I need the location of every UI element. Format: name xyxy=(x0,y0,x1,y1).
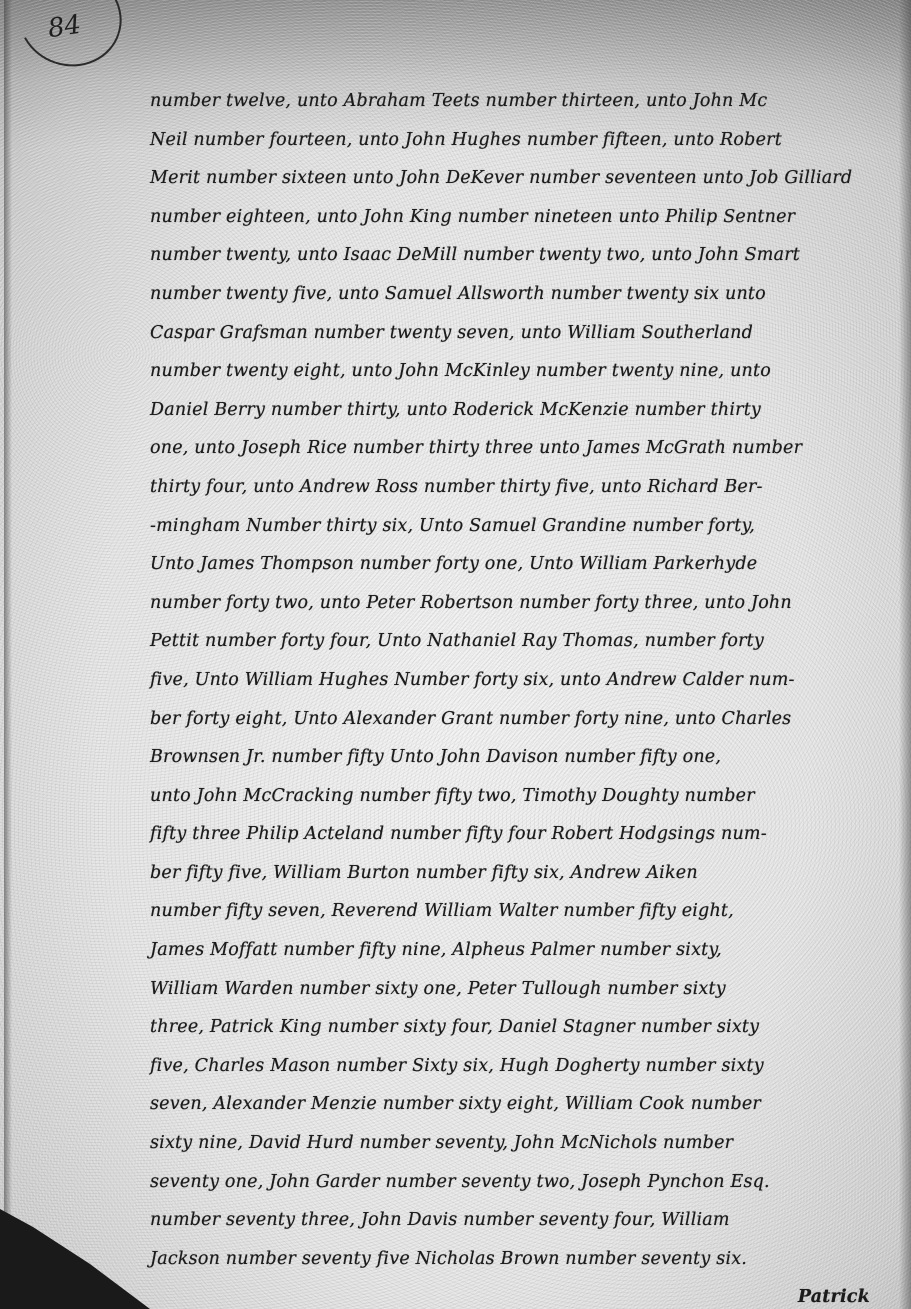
text-line: William Warden number sixty one, Peter T… xyxy=(150,970,890,1009)
text-line: three, Patrick King number sixty four, D… xyxy=(150,1008,890,1047)
text-line: number forty two, unto Peter Robertson n… xyxy=(150,584,890,623)
text-line: seventy one, John Garder number seventy … xyxy=(150,1163,890,1202)
text-line: Merit number sixteen unto John DeKever n… xyxy=(150,159,890,198)
text-line: ber fifty five, William Burton number fi… xyxy=(150,854,890,893)
bottom-left-corner-shadow xyxy=(0,1209,150,1309)
right-page-edge xyxy=(899,0,911,1309)
manuscript-text: number twelve, unto Abraham Teets number… xyxy=(150,82,890,1309)
text-line: fifty three Philip Acteland number fifty… xyxy=(150,815,890,854)
text-line: Caspar Grafsman number twenty seven, unt… xyxy=(150,314,890,353)
text-line: one, unto Joseph Rice number thirty thre… xyxy=(150,429,890,468)
text-line: five, Unto William Hughes Number forty s… xyxy=(150,661,890,700)
text-line: Unto James Thompson number forty one, Un… xyxy=(150,545,890,584)
text-line: seven, Alexander Menzie number sixty eig… xyxy=(150,1085,890,1124)
text-line: number fifty seven, Reverend William Wal… xyxy=(150,892,890,931)
text-line: number twelve, unto Abraham Teets number… xyxy=(150,82,890,121)
text-line: number twenty five, unto Samuel Allswort… xyxy=(150,275,890,314)
text-line: Pettit number forty four, Unto Nathaniel… xyxy=(150,622,890,661)
text-line: James Moffatt number fifty nine, Alpheus… xyxy=(150,931,890,970)
text-line: -mingham Number thirty six, Unto Samuel … xyxy=(150,507,890,546)
manuscript-page: 84 number twelve, unto Abraham Teets num… xyxy=(0,0,911,1309)
left-page-edge xyxy=(4,0,12,1230)
text-line: ber forty eight, Unto Alexander Grant nu… xyxy=(150,700,890,739)
catchword: Patrick xyxy=(150,1278,890,1309)
text-line: Daniel Berry number thirty, unto Roderic… xyxy=(150,391,890,430)
text-line: number seventy three, John Davis number … xyxy=(150,1201,890,1240)
text-line: five, Charles Mason number Sixty six, Hu… xyxy=(150,1047,890,1086)
text-line: Jackson number seventy five Nicholas Bro… xyxy=(150,1240,890,1279)
text-line: thirty four, unto Andrew Ross number thi… xyxy=(150,468,890,507)
text-line: Neil number fourteen, unto John Hughes n… xyxy=(150,121,890,160)
text-line: number twenty eight, unto John McKinley … xyxy=(150,352,890,391)
text-line: sixty nine, David Hurd number seventy, J… xyxy=(150,1124,890,1163)
text-line: unto John McCracking number fifty two, T… xyxy=(150,777,890,816)
text-line: number twenty, unto Isaac DeMill number … xyxy=(150,236,890,275)
text-line: Brownsen Jr. number fifty Unto John Davi… xyxy=(150,738,890,777)
text-line: number eighteen, unto John King number n… xyxy=(150,198,890,237)
page-number: 84 xyxy=(46,10,83,44)
